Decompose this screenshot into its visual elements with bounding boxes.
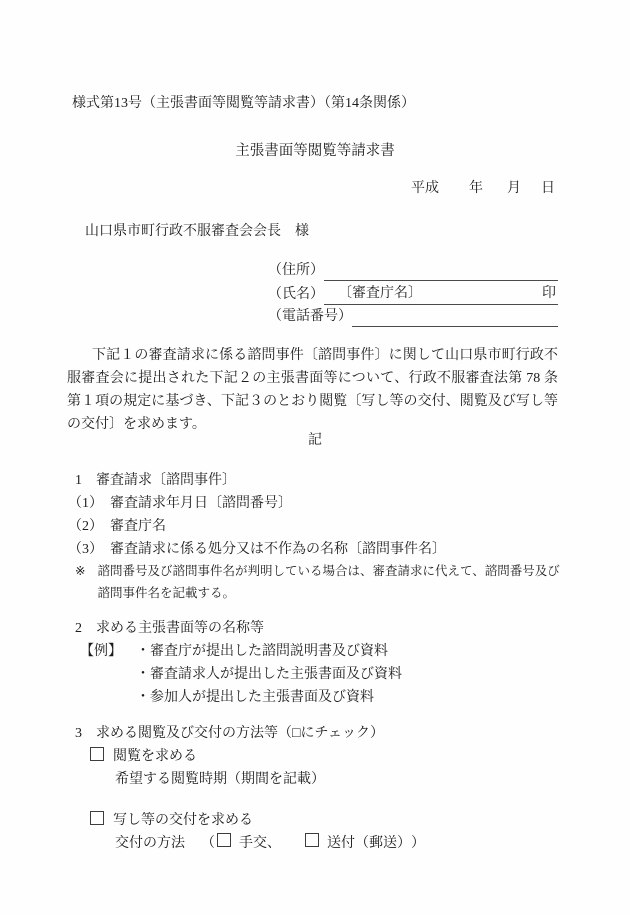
name-row: （氏名） 〔審査庁名〕 印 xyxy=(268,283,558,305)
inspection-period-label: 希望する閲覧時期（期間を記載） xyxy=(115,768,325,788)
name-field[interactable]: 〔審査庁名〕 印 xyxy=(324,283,558,305)
section3-heading: 3 求める閲覧及び交付の方法等（□にチェック） xyxy=(75,722,384,742)
document-page: 様式第13号（主張書面等閲覧等請求書）（第14条関係） 主張書面等閲覧等請求書 … xyxy=(0,0,630,915)
note-text: 諮問番号及び諮問事件名が判明している場合は、審査請求に代えて、諮問番号及び諮問事… xyxy=(97,561,562,604)
ki-marker: 記 xyxy=(0,429,630,449)
seal-mark: 印 xyxy=(542,283,556,304)
example-item-1: ・審査庁が提出した諮問説明書及び資料 xyxy=(136,640,402,663)
date-year: 年 xyxy=(469,177,483,197)
section1-note: ※ 諮問番号及び諮問事件名が判明している場合は、審査請求に代えて、諮問番号及び諮… xyxy=(75,561,562,604)
example-item-3: ・参加人が提出した主張書面及び資料 xyxy=(136,686,402,709)
checkbox-inspection[interactable] xyxy=(90,747,104,761)
phone-label: （電話番号） xyxy=(268,306,352,327)
delivery-method-row: 交付の方法 （ 手交、 送付（郵送） ） xyxy=(115,832,425,852)
phone-field[interactable] xyxy=(352,306,558,327)
checkbox-copy[interactable] xyxy=(90,811,104,825)
addressee: 山口県市町行政不服審査会会長 様 xyxy=(85,220,309,240)
body-paragraph: 下記１の審査請求に係る諮問事件〔諮問事件〕に関して山口県市町行政不服審査会に提出… xyxy=(67,344,558,436)
address-field[interactable] xyxy=(324,260,558,281)
hand-delivery-label: 手交、 xyxy=(239,832,281,852)
form-number: 様式第13号（主張書面等閲覧等請求書）（第14条関係） xyxy=(72,92,415,112)
copy-option-row: 写し等の交付を求める xyxy=(90,809,253,829)
section1-item-1: （1） 審査請求年月日〔諮問番号〕 xyxy=(68,492,292,512)
date-day: 日 xyxy=(541,177,555,197)
document-title: 主張書面等閲覧等請求書 xyxy=(0,139,630,160)
section2-heading: 2 求める主張書面等の名称等 xyxy=(75,617,264,637)
date-line: 平成 年 月 日 xyxy=(411,177,555,197)
address-row: （住所） xyxy=(268,260,558,281)
note-mark: ※ xyxy=(75,561,85,604)
name-field-value: 〔審査庁名〕 xyxy=(338,283,422,304)
example-item-2: ・審査請求人が提出した主張書面及び資料 xyxy=(136,663,402,686)
date-era: 平成 xyxy=(411,177,439,197)
example-label: 【例】 xyxy=(80,640,122,709)
phone-row: （電話番号） xyxy=(268,306,558,327)
section2-examples: 【例】 ・審査庁が提出した諮問説明書及び資料 ・審査請求人が提出した主張書面及び… xyxy=(80,640,402,709)
checkbox-hand-delivery[interactable] xyxy=(217,833,231,847)
delivery-method-label: 交付の方法 xyxy=(115,832,185,852)
checkbox-mail-delivery[interactable] xyxy=(305,833,319,847)
date-month: 月 xyxy=(507,177,521,197)
section1-item-3: （3） 審査請求に係る処分又は不作為の名称〔諮問事件名〕 xyxy=(68,538,446,558)
inspection-option-row: 閲覧を求める xyxy=(90,745,197,765)
mail-delivery-label: 送付（郵送） xyxy=(327,832,411,852)
delivery-open-paren: （ xyxy=(201,832,215,852)
name-label: （氏名） xyxy=(268,284,324,305)
delivery-close-paren: ） xyxy=(411,832,425,852)
section1-heading: 1 審査請求〔諮問事件〕 xyxy=(75,469,236,489)
inspection-option-label: 閲覧を求める xyxy=(113,749,197,764)
address-label: （住所） xyxy=(268,260,324,281)
section1-item-2: （2） 審査庁名 xyxy=(68,515,166,535)
copy-option-label: 写し等の交付を求める xyxy=(113,813,253,828)
